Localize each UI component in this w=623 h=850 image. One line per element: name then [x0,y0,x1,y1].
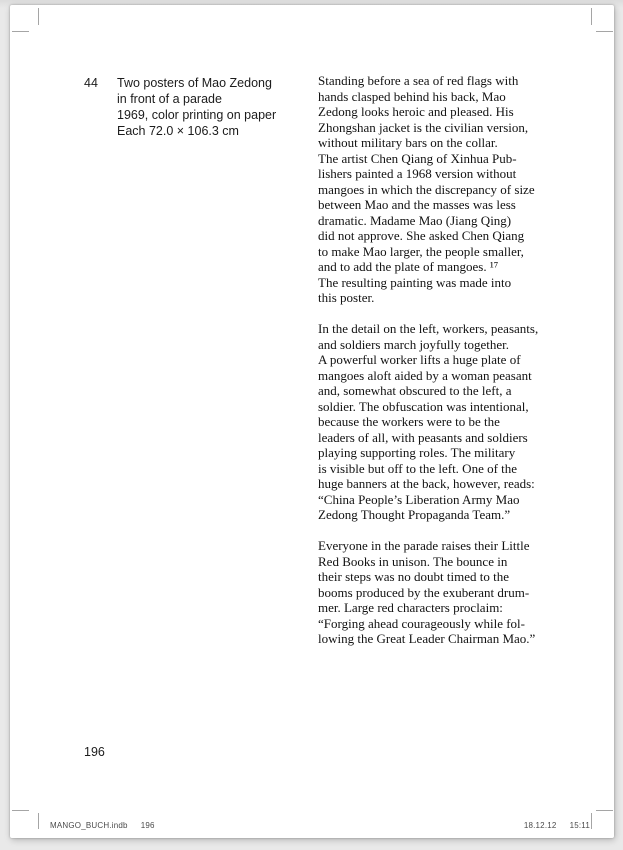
caption-text: Two posters of Mao Zedong in front of a … [117,75,276,139]
page-sheet: 44 Two posters of Mao Zedong in front of… [10,5,614,838]
crop-mark-bottom-left-vertical [38,813,39,829]
body-paragraph-1: Standing before a sea of red flags with … [318,73,590,306]
crop-mark-top-right-vertical [591,8,592,25]
crop-mark-bottom-left-horizontal [12,810,29,811]
crop-mark-bottom-right-vertical [591,813,592,829]
footer-time: 15:11 [570,821,590,831]
body-paragraph-2: In the detail on the left, workers, peas… [318,321,590,523]
crop-mark-top-left-horizontal [12,31,29,32]
figure-caption: 44 Two posters of Mao Zedong in front of… [84,75,276,139]
footer-date: 18.12.12 [524,821,557,830]
body-text-column: Standing before a sea of red flags with … [318,73,590,647]
footer-file-info: MANGO_BUCH.indb196 [50,821,155,831]
crop-mark-top-right-horizontal [596,31,613,32]
body-paragraph-3: Everyone in the parade raises their Litt… [318,538,590,647]
caption-number: 44 [84,75,117,139]
footer-filename: MANGO_BUCH.indb [50,821,128,830]
page-number: 196 [84,744,105,760]
footer-timestamp: 18.12.1215:11 [524,821,590,831]
crop-mark-top-left-vertical [38,8,39,25]
backdrop: 44 Two posters of Mao Zedong in front of… [0,0,623,850]
footer-page-number: 196 [141,821,155,831]
crop-mark-bottom-right-horizontal [596,810,613,811]
